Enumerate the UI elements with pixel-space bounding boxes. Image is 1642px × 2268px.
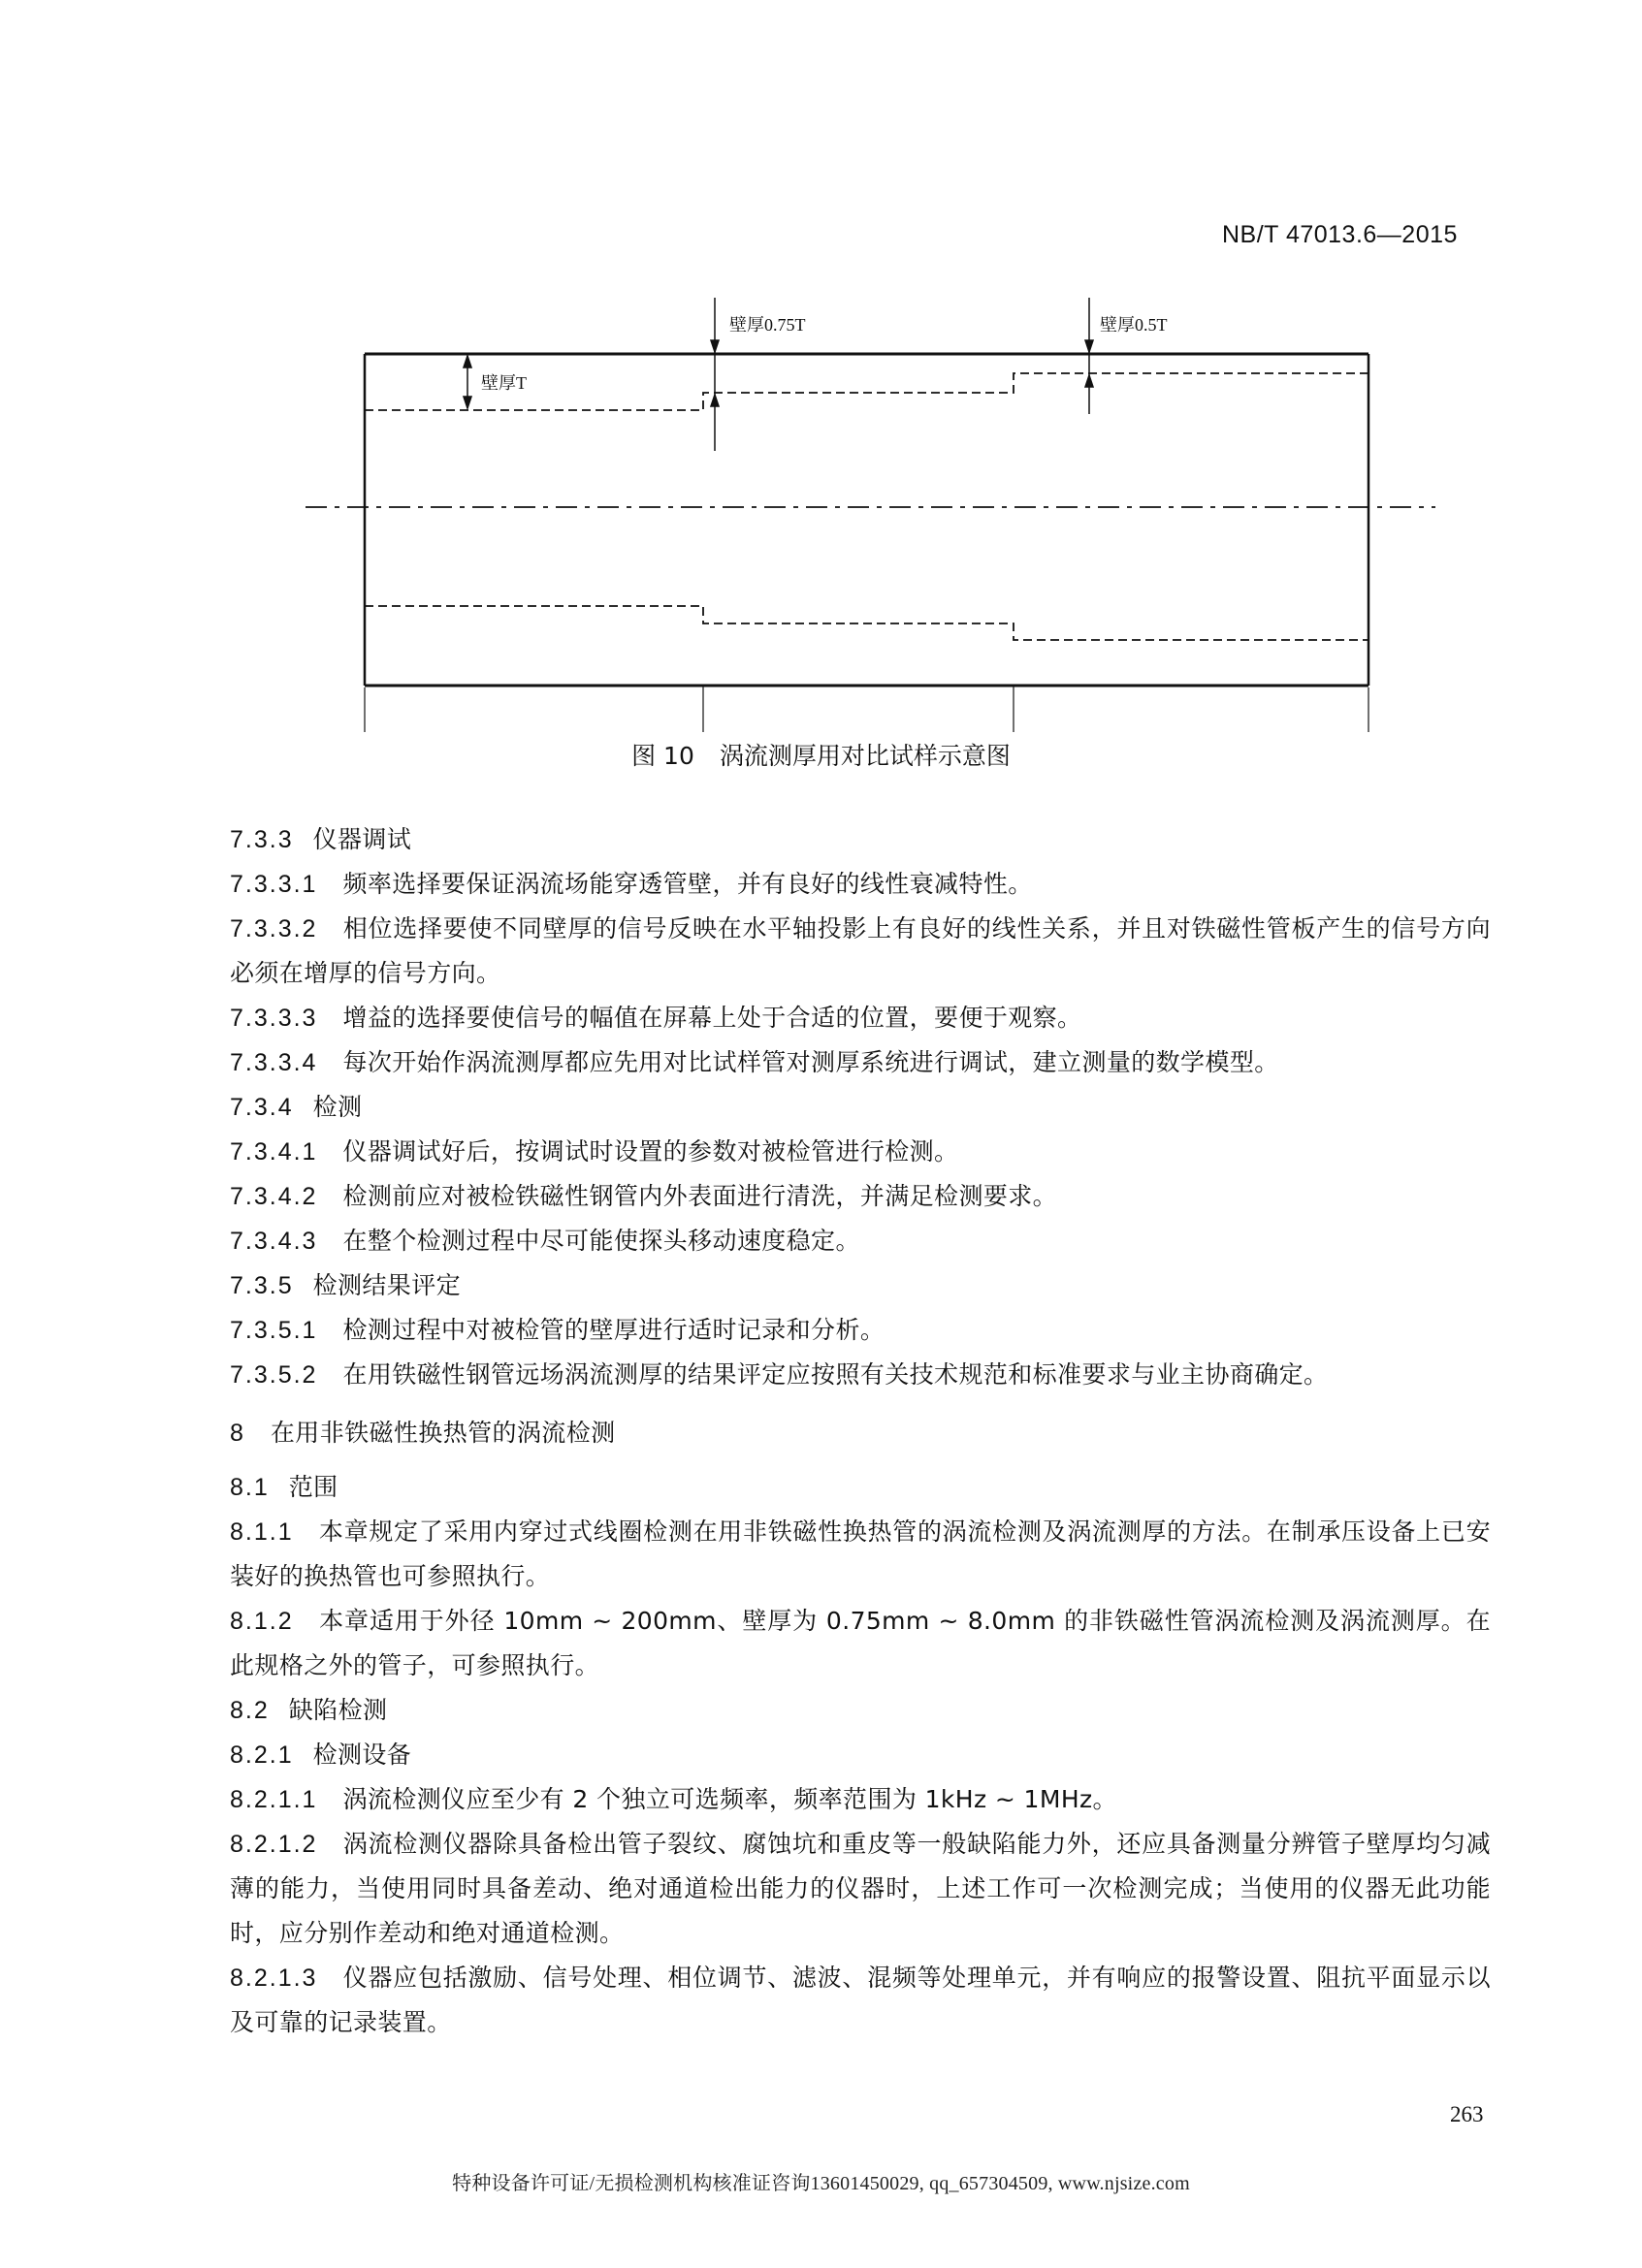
clause-8-1-1: 8.1.1本章规定了采用内穿过式线圈检测在用非铁磁性换热管的涡流检测及涡流测厚的… (230, 1510, 1491, 1599)
tube-outline (365, 354, 1368, 686)
clause-7-3-5-2: 7.3.5.2在用铁磁性钢管远场涡流测厚的结果评定应按照有关技术规范和标准要求与… (230, 1353, 1491, 1397)
dimension-label-2: 200 (843, 728, 874, 732)
clause-7-3-5-1: 7.3.5.1检测过程中对被检管的壁厚进行适时记录和分析。 (230, 1308, 1491, 1353)
clause-7-3-3-4: 7.3.3.4每次开始作涡流测厚都应先用对比试样管对测厚系统进行调试，建立测量的… (230, 1040, 1491, 1085)
figure-number: 图 10 (631, 742, 694, 770)
section-7-3-5: 7.3.5检测结果评定 (230, 1263, 1491, 1308)
clause-8-2-1-3: 8.2.1.3仪器应包括激励、信号处理、相位调节、滤波、混频等处理单元，并有响应… (230, 1956, 1491, 2045)
wall-T-label: 壁厚T (481, 373, 527, 393)
clause-8-1-2: 8.1.2本章适用于外径 10mm ~ 200mm、壁厚为 0.75mm ~ 8… (230, 1599, 1491, 1688)
reference-specimen-diagram: 壁厚T 壁厚0.75T 壁厚0.5T (291, 286, 1455, 732)
clause-8-2-1-1: 8.2.1.1涡流检测仪应至少有 2 个独立可选频率，频率范围为 1kHz ~ … (230, 1777, 1491, 1822)
section-7-3-3: 7.3.3仪器调试 (230, 817, 1491, 862)
clause-7-3-4-2: 7.3.4.2检测前应对被检铁磁性钢管内外表面进行清洗，并满足检测要求。 (230, 1174, 1491, 1219)
wall-05T-label: 壁厚0.5T (1100, 315, 1168, 335)
wall-075T-dimension (711, 298, 719, 451)
document-body: 7.3.3仪器调试 7.3.3.1频率选择要保证涡流场能穿透管壁，并有良好的线性… (230, 817, 1491, 2045)
inner-wall-bottom (365, 606, 1368, 640)
clause-7-3-3-3: 7.3.3.3增益的选择要使信号的幅值在屏幕上处于合适的位置，要便于观察。 (230, 996, 1491, 1040)
clause-7-3-3-2: 7.3.3.2相位选择要使不同壁厚的信号反映在水平轴投影上有良好的线性关系，并且… (230, 907, 1491, 996)
figure-title: 涡流测厚用对比试样示意图 (720, 742, 1011, 770)
section-8-2: 8.2缺陷检测 (230, 1688, 1491, 1733)
clause-7-3-3-1: 7.3.3.1频率选择要保证涡流场能穿透管壁，并有良好的线性衰减特性。 (230, 862, 1491, 907)
chapter-8-heading: 8在用非铁磁性换热管的涡流检测 (230, 1411, 1491, 1455)
dimension-label-1: 200 (503, 729, 534, 732)
standard-code: NB/T 47013.6—2015 (1222, 221, 1458, 249)
figure-caption: 图 10涡流测厚用对比试样示意图 (0, 737, 1642, 772)
wall-T-dimension (464, 356, 471, 408)
clause-7-3-4-1: 7.3.4.1仪器调试好后，按调试时设置的参数对被检管进行检测。 (230, 1130, 1491, 1174)
wall-05T-dimension (1085, 298, 1093, 414)
dimension-label-3: 200 (1175, 727, 1207, 732)
section-8-2-1: 8.2.1检测设备 (230, 1733, 1491, 1777)
clause-7-3-4-3: 7.3.4.3在整个检测过程中尽可能使探头移动速度稳定。 (230, 1219, 1491, 1263)
clause-8-2-1-2: 8.2.1.2涡流检测仪器除具备检出管子裂纹、腐蚀坑和重皮等一般缺陷能力外，还应… (230, 1822, 1491, 1956)
footer-watermark: 特种设备许可证/无损检测机构核准证咨询13601450029, qq_65730… (0, 2167, 1642, 2195)
wall-075T-label: 壁厚0.75T (729, 315, 806, 335)
section-7-3-4: 7.3.4检测 (230, 1085, 1491, 1130)
section-8-1: 8.1范围 (230, 1465, 1491, 1510)
page-number: 263 (1450, 2102, 1484, 2127)
